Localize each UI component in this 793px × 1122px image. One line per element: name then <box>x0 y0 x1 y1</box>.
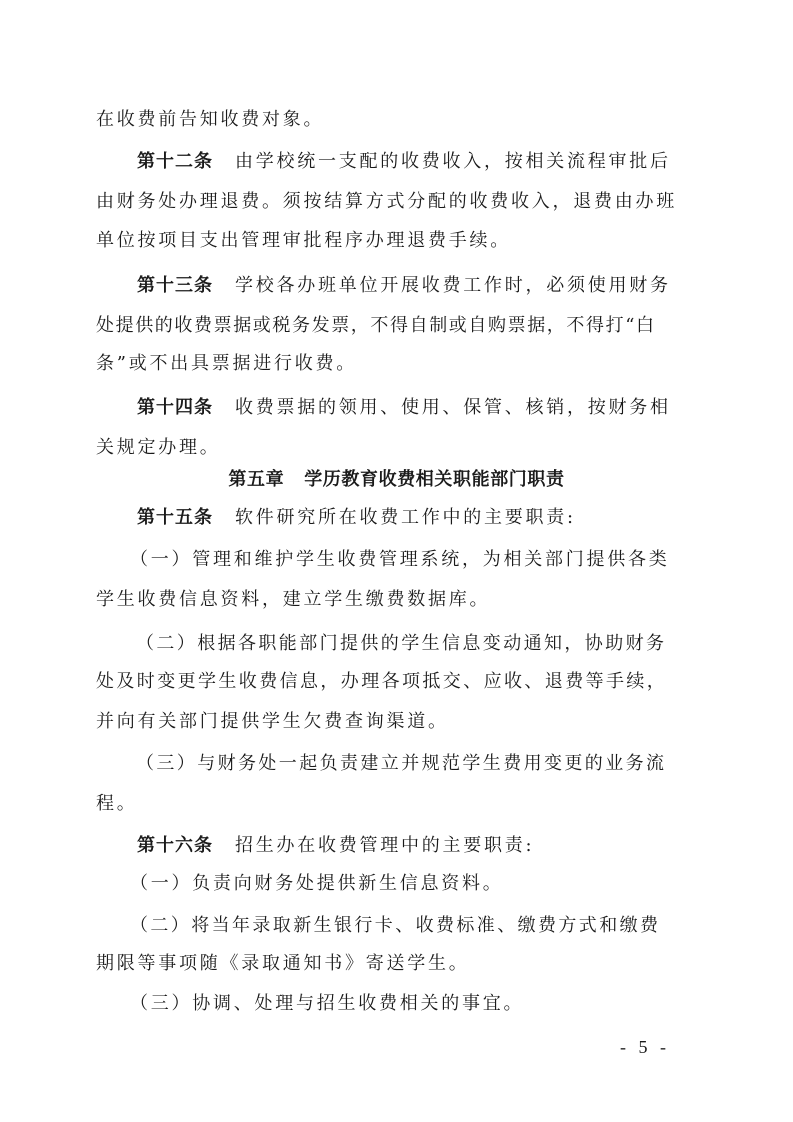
document-page: 在收费前告知收费对象。 第十二条由学校统一支配的收费收入，按相关流程审批后 由财… <box>0 0 793 1122</box>
chapter-title: 学历教育收费相关职能部门职责 <box>304 469 564 490</box>
paragraph-line: 关规定办理。 <box>96 437 706 459</box>
article-label: 第十二条 <box>137 151 213 172</box>
article-label: 第十三条 <box>137 275 213 296</box>
chapter-number: 第五章 <box>228 469 284 490</box>
article-text: 学校各办班单位开展收费工作时，必须使用财务 <box>235 275 671 296</box>
article-text: 软件研究所在收费工作中的主要职责: <box>235 507 576 528</box>
article-text: 招生办在收费管理中的主要职责: <box>235 835 534 856</box>
paragraph-line: 在收费前告知收费对象。 <box>96 109 706 131</box>
list-item: （二）将当年录取新生银行卡、收费标准、缴费方式和缴费 <box>130 915 740 937</box>
list-item: （三）与财务处一起负责建立并规范学生费用变更的业务流 <box>136 753 746 775</box>
paragraph-line: 程。 <box>96 793 706 815</box>
page-number: - 5 - <box>620 1036 670 1058</box>
paragraph-line: 由财务处办理退费。须按结算方式分配的收费收入，退费由办班 <box>96 191 706 213</box>
article-text: 由学校统一支配的收费收入，按相关流程审批后 <box>235 151 671 172</box>
paragraph-line: 期限等事项随《录取通知书》寄送学生。 <box>96 953 706 975</box>
article-label: 第十五条 <box>137 507 213 528</box>
list-item: （一）负责向财务处提供新生信息资料。 <box>130 873 740 895</box>
paragraph-line: 单位按项目支出管理审批程序办理退费手续。 <box>96 230 706 252</box>
article-label: 第十六条 <box>137 835 213 856</box>
article-13: 第十三条学校各办班单位开展收费工作时，必须使用财务 <box>137 275 747 297</box>
chapter-heading: 第五章学历教育收费相关职能部门职责 <box>0 469 793 491</box>
paragraph-line: 学生收费信息资料，建立学生缴费数据库。 <box>96 589 706 611</box>
article-12: 第十二条由学校统一支配的收费收入，按相关流程审批后 <box>137 151 747 173</box>
article-16: 第十六条招生办在收费管理中的主要职责: <box>137 835 747 857</box>
article-15: 第十五条软件研究所在收费工作中的主要职责: <box>137 507 747 529</box>
list-item: （二）根据各职能部门提供的学生信息变动通知，协助财务 <box>136 633 746 655</box>
list-item: （三）协调、处理与招生收费相关的事宜。 <box>130 993 740 1015</box>
article-14: 第十四条收费票据的领用、使用、保管、核销，按财务相 <box>137 397 747 419</box>
paragraph-line: 并向有关部门提供学生欠费查询渠道。 <box>96 711 706 733</box>
paragraph-line: 处及时变更学生收费信息，办理各项抵交、应收、退费等手续， <box>96 671 706 693</box>
paragraph-line: 处提供的收费票据或税务发票，不得自制或自购票据，不得打“白 <box>96 315 706 337</box>
list-item: （一）管理和维护学生收费管理系统，为相关部门提供各类 <box>130 549 740 571</box>
article-label: 第十四条 <box>137 397 213 418</box>
paragraph-line: 条”或不出具票据进行收费。 <box>96 353 706 375</box>
article-text: 收费票据的领用、使用、保管、核销，按财务相 <box>235 397 671 418</box>
